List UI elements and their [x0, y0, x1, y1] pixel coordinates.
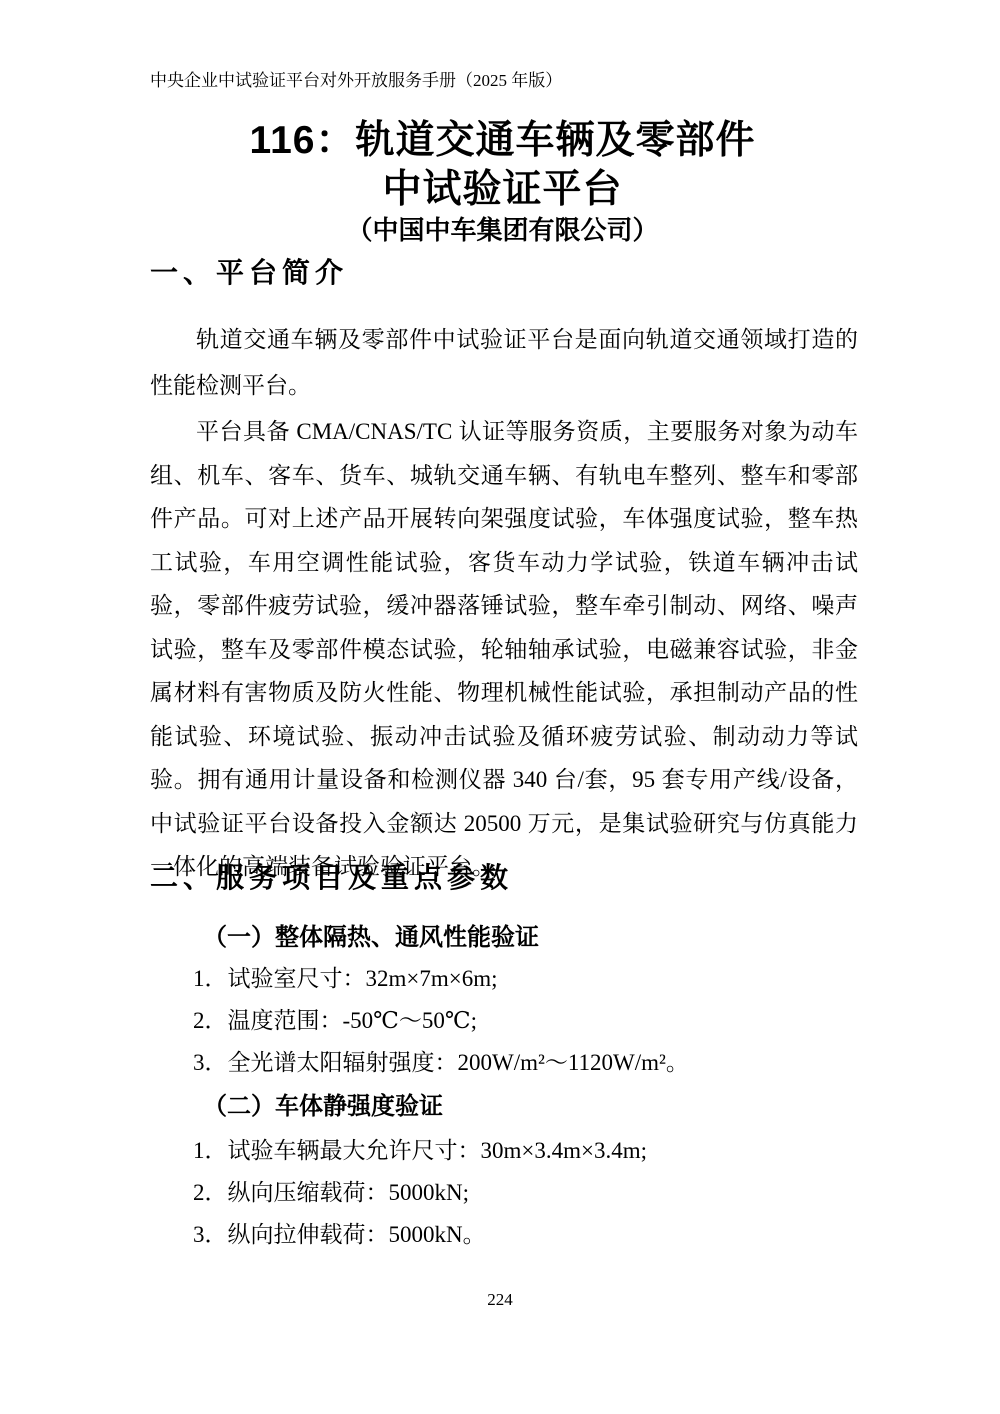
- intro-paragraph-1: 轨道交通车辆及零部件中试验证平台是面向轨道交通领域打造的性能检测平台。: [150, 317, 858, 409]
- section-2-heading: 二、服务项目及重点参数: [150, 860, 513, 898]
- running-header: 中央企业中试验证平台对外开放服务手册（2025 年版）: [150, 69, 855, 93]
- list-item: 2．温度范围：-50℃～50℃;: [193, 1000, 858, 1042]
- list-item: 2．纵向压缩载荷：5000kN;: [193, 1172, 858, 1214]
- list-item: 1．试验室尺寸：32m×7m×6m;: [193, 958, 858, 1000]
- document-title: 116：轨道交通车辆及零部件 中试验证平台: [150, 116, 855, 214]
- subsection-1-heading: （一）整体隔热、通风性能验证: [203, 919, 539, 956]
- list-item: 3．纵向拉伸载荷：5000kN。: [193, 1214, 858, 1256]
- document-title-line-2: 中试验证平台: [150, 165, 855, 214]
- page-number: 224: [0, 1288, 1000, 1312]
- document-page: 中央企业中试验证平台对外开放服务手册（2025 年版） 116：轨道交通车辆及零…: [0, 0, 1000, 1414]
- company-subtitle: （中国中车集团有限公司）: [150, 212, 855, 248]
- subsection-1-parameter-list: 1．试验室尺寸：32m×7m×6m; 2．温度范围：-50℃～50℃; 3．全光…: [193, 958, 858, 1084]
- subsection-2-heading: （二）车体静强度验证: [203, 1088, 443, 1125]
- section-1-heading: 一、平台简介: [150, 255, 348, 293]
- subsection-2-parameter-list: 1．试验车辆最大允许尺寸：30m×3.4m×3.4m; 2．纵向压缩载荷：500…: [193, 1130, 858, 1256]
- document-title-line-1: 116：轨道交通车辆及零部件: [150, 116, 855, 165]
- intro-paragraph-2: 平台具备 CMA/CNAS/TC 认证等服务资质，主要服务对象为动车组、机车、客…: [150, 410, 858, 889]
- list-item: 3．全光谱太阳辐射强度：200W/m²～1120W/m²。: [193, 1042, 858, 1084]
- list-item: 1．试验车辆最大允许尺寸：30m×3.4m×3.4m;: [193, 1130, 858, 1172]
